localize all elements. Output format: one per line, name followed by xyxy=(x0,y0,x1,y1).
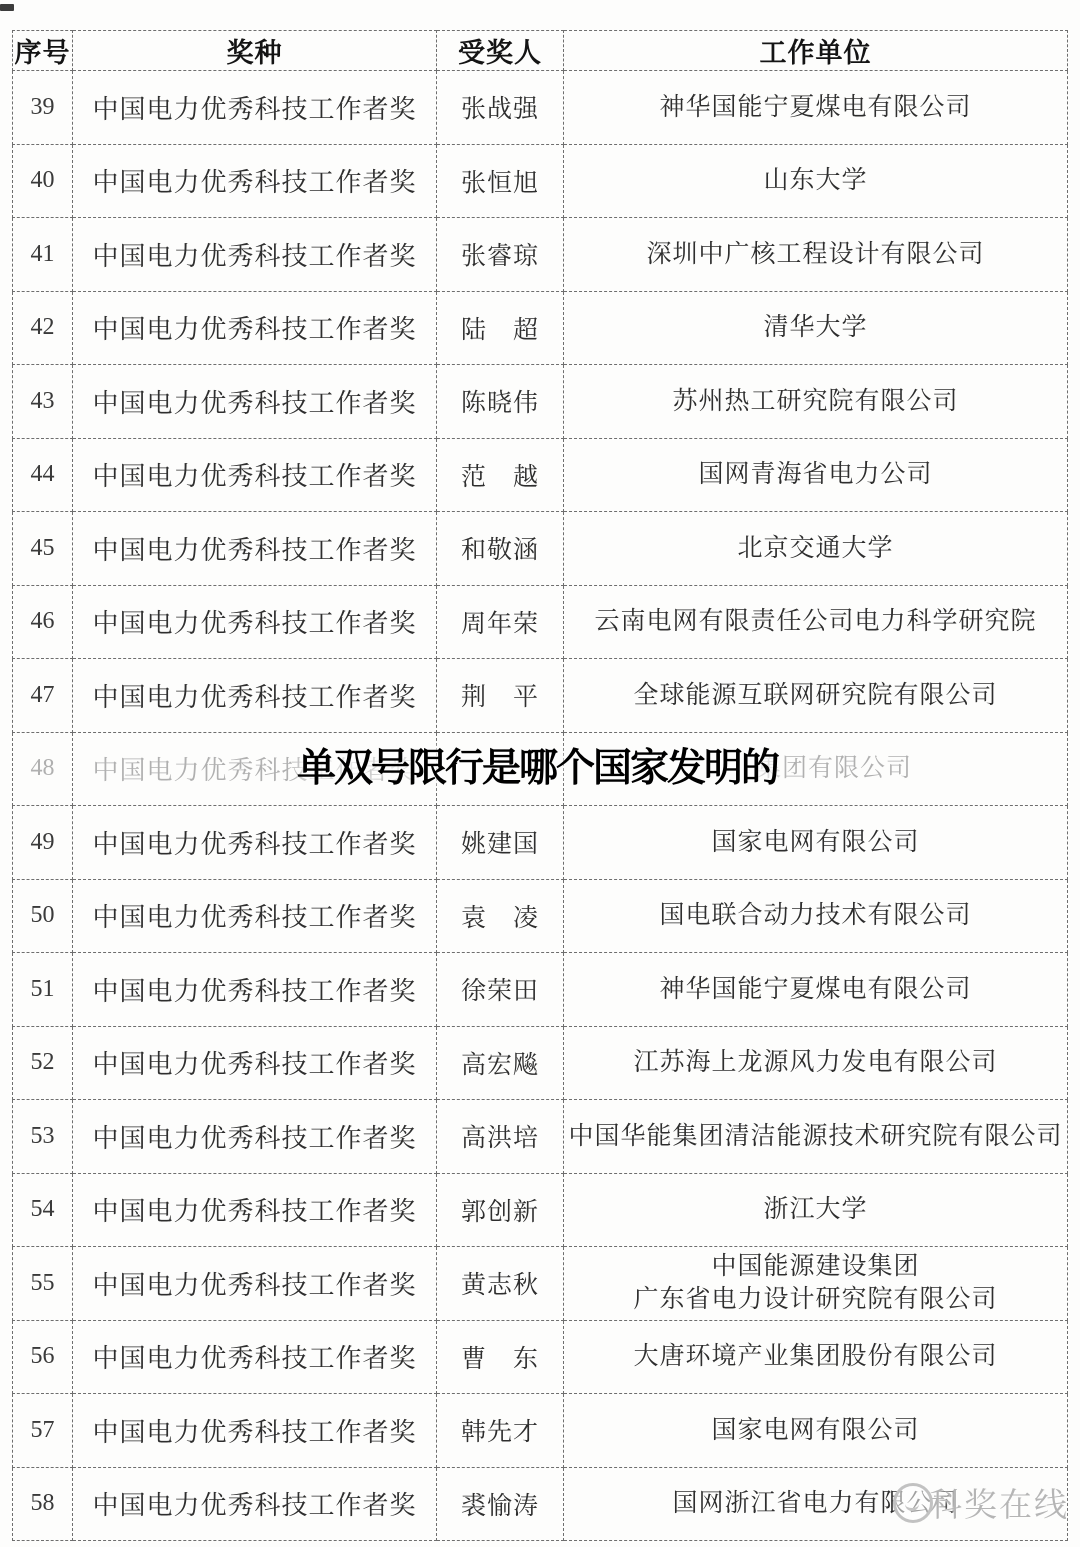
cell-name: 袁 凌 xyxy=(437,879,564,953)
table-row: 39 中国电力优秀科技工作者奖 张战强 神华国能宁夏煤电有限公司 xyxy=(13,71,1068,145)
cell-name: 范 越 xyxy=(437,438,564,512)
table-row: 52 中国电力优秀科技工作者奖 高宏飚 江苏海上龙源风力发电有限公司 xyxy=(13,1026,1068,1100)
cell-no: 52 xyxy=(13,1026,73,1100)
watermark: 科奖在线 xyxy=(893,1479,1069,1526)
table-row: 42 中国电力优秀科技工作者奖 陆 超 清华大学 xyxy=(13,291,1068,365)
cell-name: 张睿琼 xyxy=(437,218,564,292)
unit-line-1: 国家电网有限公司 xyxy=(564,826,1067,859)
unit-line-1: 清华大学 xyxy=(564,311,1067,344)
table-row: 40 中国电力优秀科技工作者奖 张恒旭 山东大学 xyxy=(13,144,1068,218)
unit-line-1: 浙江大学 xyxy=(564,1193,1067,1226)
cell-award: 中国电力优秀科技工作者奖 xyxy=(73,144,437,218)
table-row: 53 中国电力优秀科技工作者奖 高洪培 中国华能集团清洁能源技术研究院有限公司 xyxy=(13,1100,1068,1174)
table-row: 46 中国电力优秀科技工作者奖 周年荣 云南电网有限责任公司电力科学研究院 xyxy=(13,585,1068,659)
caption-overlay-text: 单双号限行是哪个国家发明的 xyxy=(297,744,778,794)
unit-line-1: 山东大学 xyxy=(564,164,1067,197)
cell-unit: 苏州热工研究院有限公司 xyxy=(564,365,1068,439)
cell-no: 55 xyxy=(13,1247,73,1321)
unit-line-1: 国家电网有限公司 xyxy=(564,1414,1067,1447)
cell-name: 黄志秋 xyxy=(437,1247,564,1321)
cell-unit: 浙江大学 xyxy=(564,1173,1068,1247)
unit-line-1: 云南电网有限责任公司电力科学研究院 xyxy=(564,605,1067,638)
unit-line-1: 中国华能集团清洁能源技术研究院有限公司 xyxy=(564,1120,1067,1153)
unit-line-1: 深圳中广核工程设计有限公司 xyxy=(564,238,1067,271)
table-row: 50 中国电力优秀科技工作者奖 袁 凌 国电联合动力技术有限公司 xyxy=(13,879,1068,953)
cell-award: 中国电力优秀科技工作者奖 xyxy=(73,291,437,365)
cell-unit: 中国能源建设集团 广东省电力设计研究院有限公司 xyxy=(564,1247,1068,1321)
unit-line-2: 广东省电力设计研究院有限公司 xyxy=(564,1283,1067,1316)
unit-line-1: 中国能源建设集团 xyxy=(564,1250,1067,1283)
cell-award: 中国电力优秀科技工作者奖 xyxy=(73,1247,437,1321)
table-row: 41 中国电力优秀科技工作者奖 张睿琼 深圳中广核工程设计有限公司 xyxy=(13,218,1068,292)
cell-award: 中国电力优秀科技工作者奖 xyxy=(73,585,437,659)
cell-award: 中国电力优秀科技工作者奖 xyxy=(73,1467,437,1541)
cell-award: 中国电力优秀科技工作者奖 xyxy=(73,71,437,145)
cell-no: 39 xyxy=(13,71,73,145)
table-row: 57 中国电力优秀科技工作者奖 韩先才 国家电网有限公司 xyxy=(13,1394,1068,1468)
cell-no: 51 xyxy=(13,953,73,1027)
cell-name: 曹 东 xyxy=(437,1320,564,1394)
cell-unit: 江苏海上龙源风力发电有限公司 xyxy=(564,1026,1068,1100)
cell-unit: 云南电网有限责任公司电力科学研究院 xyxy=(564,585,1068,659)
table-row: 51 中国电力优秀科技工作者奖 徐荣田 神华国能宁夏煤电有限公司 xyxy=(13,953,1068,1027)
cell-no: 58 xyxy=(13,1467,73,1541)
cell-no: 42 xyxy=(13,291,73,365)
cell-no: 44 xyxy=(13,438,73,512)
cell-award: 中国电力优秀科技工作者奖 xyxy=(73,1320,437,1394)
table-row: 56 中国电力优秀科技工作者奖 曹 东 大唐环境产业集团股份有限公司 xyxy=(13,1320,1068,1394)
cell-no: 47 xyxy=(13,659,73,733)
cell-name: 和敬涵 xyxy=(437,512,564,586)
header-cell-name: 受奖人 xyxy=(437,31,564,71)
cell-unit: 深圳中广核工程设计有限公司 xyxy=(564,218,1068,292)
cell-no: 46 xyxy=(13,585,73,659)
cell-name: 张战强 xyxy=(437,71,564,145)
cell-name: 韩先才 xyxy=(437,1394,564,1468)
cell-unit: 国网青海省电力公司 xyxy=(564,438,1068,512)
cell-no: 54 xyxy=(13,1173,73,1247)
cell-no: 56 xyxy=(13,1320,73,1394)
scan-artifact xyxy=(0,4,14,11)
table-header-row: 序号 奖种 受奖人 工作单位 xyxy=(13,31,1068,71)
cell-award: 中国电力优秀科技工作者奖 xyxy=(73,1394,437,1468)
cell-unit: 大唐环境产业集团股份有限公司 xyxy=(564,1320,1068,1394)
cell-unit: 国家电网有限公司 xyxy=(564,806,1068,880)
cell-unit: 神华国能宁夏煤电有限公司 xyxy=(564,953,1068,1027)
cell-award: 中国电力优秀科技工作者奖 xyxy=(73,879,437,953)
cell-no: 50 xyxy=(13,879,73,953)
cell-unit: 国电联合动力技术有限公司 xyxy=(564,879,1068,953)
cell-name: 高洪培 xyxy=(437,1100,564,1174)
unit-line-1: 大唐环境产业集团股份有限公司 xyxy=(564,1340,1067,1373)
cell-no: 48 xyxy=(13,732,73,806)
cell-unit: 中国华能集团清洁能源技术研究院有限公司 xyxy=(564,1100,1068,1174)
cell-name: 陈晓伟 xyxy=(437,365,564,439)
cell-name: 陆 超 xyxy=(437,291,564,365)
table-row: 43 中国电力优秀科技工作者奖 陈晓伟 苏州热工研究院有限公司 xyxy=(13,365,1068,439)
cell-award: 中国电力优秀科技工作者奖 xyxy=(73,218,437,292)
unit-line-1: 全球能源互联网研究院有限公司 xyxy=(564,679,1067,712)
awards-table-body: 39 中国电力优秀科技工作者奖 张战强 神华国能宁夏煤电有限公司 40 中国电力… xyxy=(13,71,1068,1541)
table-row: 54 中国电力优秀科技工作者奖 郭创新 浙江大学 xyxy=(13,1173,1068,1247)
cell-name: 荆 平 xyxy=(437,659,564,733)
unit-line-1: 苏州热工研究院有限公司 xyxy=(564,385,1067,418)
header-cell-award: 奖种 xyxy=(73,31,437,71)
cell-unit: 国家电网有限公司 xyxy=(564,1394,1068,1468)
cell-no: 53 xyxy=(13,1100,73,1174)
cell-name: 高宏飚 xyxy=(437,1026,564,1100)
cell-name: 裘愉涛 xyxy=(437,1467,564,1541)
cell-award: 中国电力优秀科技工作者奖 xyxy=(73,365,437,439)
table-row: 45 中国电力优秀科技工作者奖 和敬涵 北京交通大学 xyxy=(13,512,1068,586)
scanned-award-list-page: 序号 奖种 受奖人 工作单位 39 中国电力优秀科技工作者奖 张战强 神华国能宁… xyxy=(0,0,1080,1547)
table-row: 47 中国电力优秀科技工作者奖 荆 平 全球能源互联网研究院有限公司 xyxy=(13,659,1068,733)
unit-line-1: 神华国能宁夏煤电有限公司 xyxy=(564,91,1067,124)
unit-line-1: 江苏海上龙源风力发电有限公司 xyxy=(564,1046,1067,1079)
cell-unit: 清华大学 xyxy=(564,291,1068,365)
cell-unit: 神华国能宁夏煤电有限公司 xyxy=(564,71,1068,145)
cell-award: 中国电力优秀科技工作者奖 xyxy=(73,1173,437,1247)
cell-award: 中国电力优秀科技工作者奖 xyxy=(73,806,437,880)
cell-award: 中国电力优秀科技工作者奖 xyxy=(73,659,437,733)
cell-name: 徐荣田 xyxy=(437,953,564,1027)
unit-line-1: 国网青海省电力公司 xyxy=(564,458,1067,491)
cell-name: 郭创新 xyxy=(437,1173,564,1247)
cell-name: 周年荣 xyxy=(437,585,564,659)
cell-no: 57 xyxy=(13,1394,73,1468)
cell-unit: 全球能源互联网研究院有限公司 xyxy=(564,659,1068,733)
table-row: 55 中国电力优秀科技工作者奖 黄志秋 中国能源建设集团 广东省电力设计研究院有… xyxy=(13,1247,1068,1321)
cell-award: 中国电力优秀科技工作者奖 xyxy=(73,1100,437,1174)
watermark-text: 科奖在线 xyxy=(929,1479,1069,1526)
header-cell-no: 序号 xyxy=(13,31,73,71)
cell-no: 49 xyxy=(13,806,73,880)
unit-line-1: 北京交通大学 xyxy=(564,532,1067,565)
unit-line-1: 神华国能宁夏煤电有限公司 xyxy=(564,973,1067,1006)
cell-no: 45 xyxy=(13,512,73,586)
cell-no: 41 xyxy=(13,218,73,292)
cell-unit: 山东大学 xyxy=(564,144,1068,218)
cell-name: 张恒旭 xyxy=(437,144,564,218)
table-row: 49 中国电力优秀科技工作者奖 姚建国 国家电网有限公司 xyxy=(13,806,1068,880)
unit-line-1: 集团有限公司 xyxy=(756,752,1067,785)
cell-no: 40 xyxy=(13,144,73,218)
cell-award: 中国电力优秀科技工作者奖 xyxy=(73,953,437,1027)
unit-line-1: 国电联合动力技术有限公司 xyxy=(564,899,1067,932)
cell-name: 姚建国 xyxy=(437,806,564,880)
cell-award: 中国电力优秀科技工作者奖 xyxy=(73,512,437,586)
table-row: 44 中国电力优秀科技工作者奖 范 越 国网青海省电力公司 xyxy=(13,438,1068,512)
cell-award: 中国电力优秀科技工作者奖 xyxy=(73,1026,437,1100)
cell-unit: 北京交通大学 xyxy=(564,512,1068,586)
cell-no: 43 xyxy=(13,365,73,439)
header-cell-unit: 工作单位 xyxy=(564,31,1068,71)
cell-award: 中国电力优秀科技工作者奖 xyxy=(73,438,437,512)
watermark-logo-icon xyxy=(893,1483,933,1523)
